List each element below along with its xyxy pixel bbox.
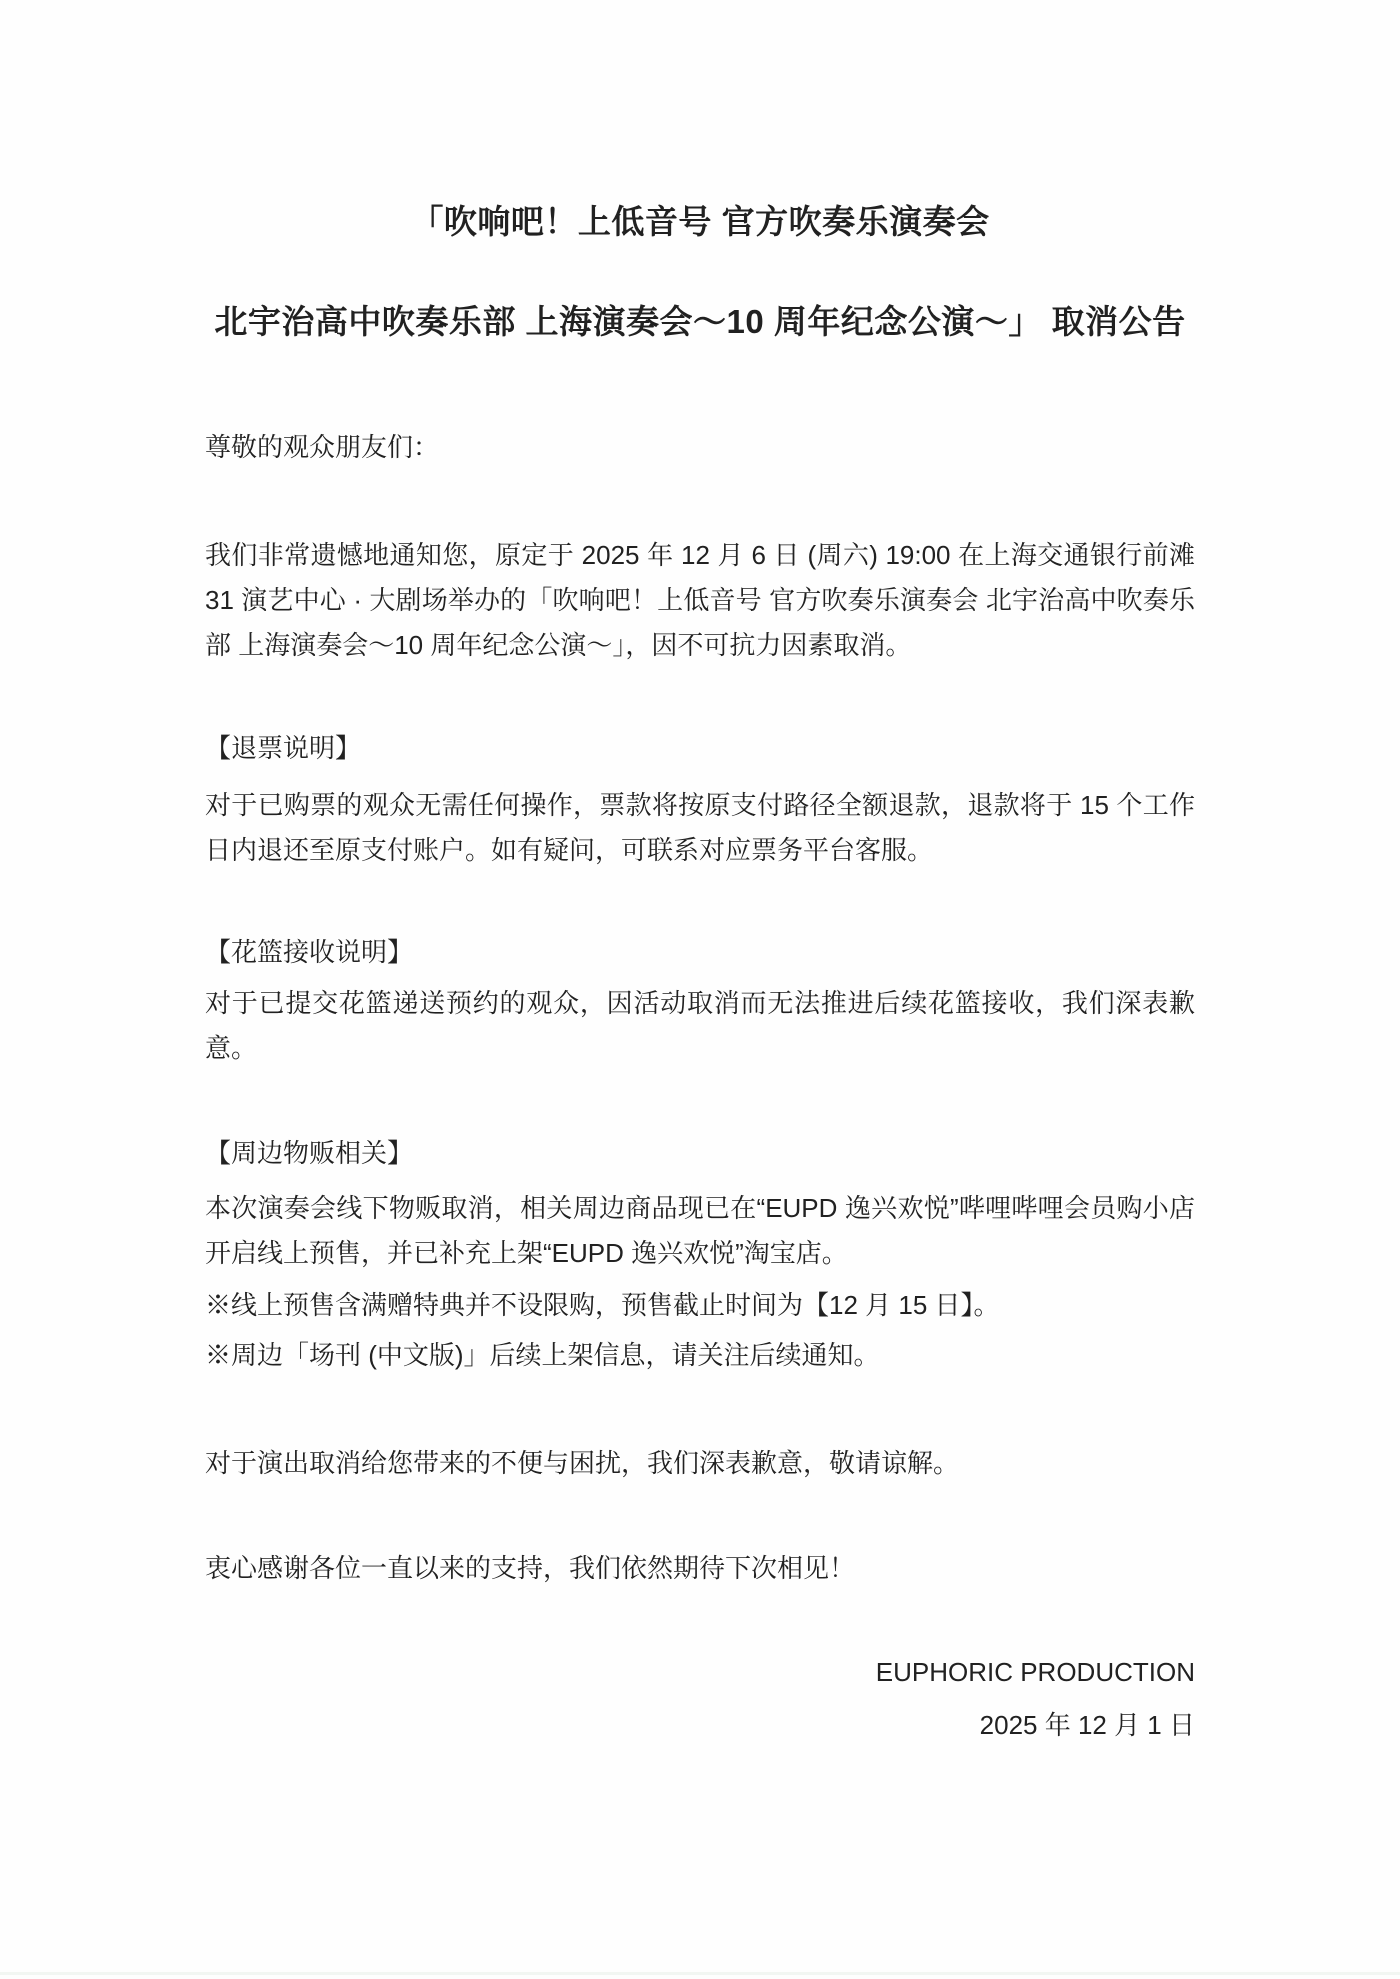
intro-paragraph: 我们非常遗憾地通知您，原定于 2025 年 12 月 6 日 (周六) 19:0…	[205, 533, 1195, 668]
section-heading-merchandise: 【周边物贩相关】	[205, 1131, 1195, 1176]
announcement-page: 「吹响吧！上低音号 官方吹奏乐演奏会 北宇治高中吹奏乐部 上海演奏会～10 周年…	[0, 0, 1400, 1979]
section-heading-flower-basket: 【花篮接收说明】	[205, 930, 1195, 975]
merchandise-note-presale: ※线上预售含满赠特典并不设限购，预售截止时间为【12 月 15 日】。	[205, 1283, 1195, 1328]
section-heading-refund: 【退票说明】	[205, 726, 1195, 771]
section-body-flower-basket: 对于已提交花篮递送预约的观众，因活动取消而无法推进后续花篮接收，我们深表歉意。	[205, 981, 1195, 1071]
signature-date: 2025 年 12 月 1 日	[205, 1703, 1195, 1748]
title-line-1: 「吹响吧！上低音号 官方吹奏乐演奏会	[205, 202, 1195, 242]
section-body-refund: 对于已购票的观众无需任何操作，票款将按原支付路径全额退款，退款将于 15 个工作…	[205, 783, 1195, 873]
merchandise-note-pamphlet: ※周边「场刊 (中文版)」后续上架信息，请关注后续通知。	[205, 1333, 1195, 1378]
title-line-2: 北宇治高中吹奏乐部 上海演奏会～10 周年纪念公演～」 取消公告	[205, 302, 1195, 342]
apology-paragraph: 对于演出取消给您带来的不便与困扰，我们深表歉意，敬请谅解。	[205, 1441, 1195, 1486]
thanks-paragraph: 衷心感谢各位一直以来的支持，我们依然期待下次相见！	[205, 1546, 1195, 1591]
section-body-merchandise: 本次演奏会线下物贩取消，相关周边商品现已在“EUPD 逸兴欢悦”哔哩哔哩会员购小…	[205, 1186, 1195, 1276]
signature-company: EUPHORIC PRODUCTION	[205, 1650, 1195, 1695]
announcement-content: 「吹响吧！上低音号 官方吹奏乐演奏会 北宇治高中吹奏乐部 上海演奏会～10 周年…	[205, 0, 1195, 1748]
salutation: 尊敬的观众朋友们：	[205, 425, 1195, 470]
page-bottom-edge	[0, 1972, 1400, 1975]
